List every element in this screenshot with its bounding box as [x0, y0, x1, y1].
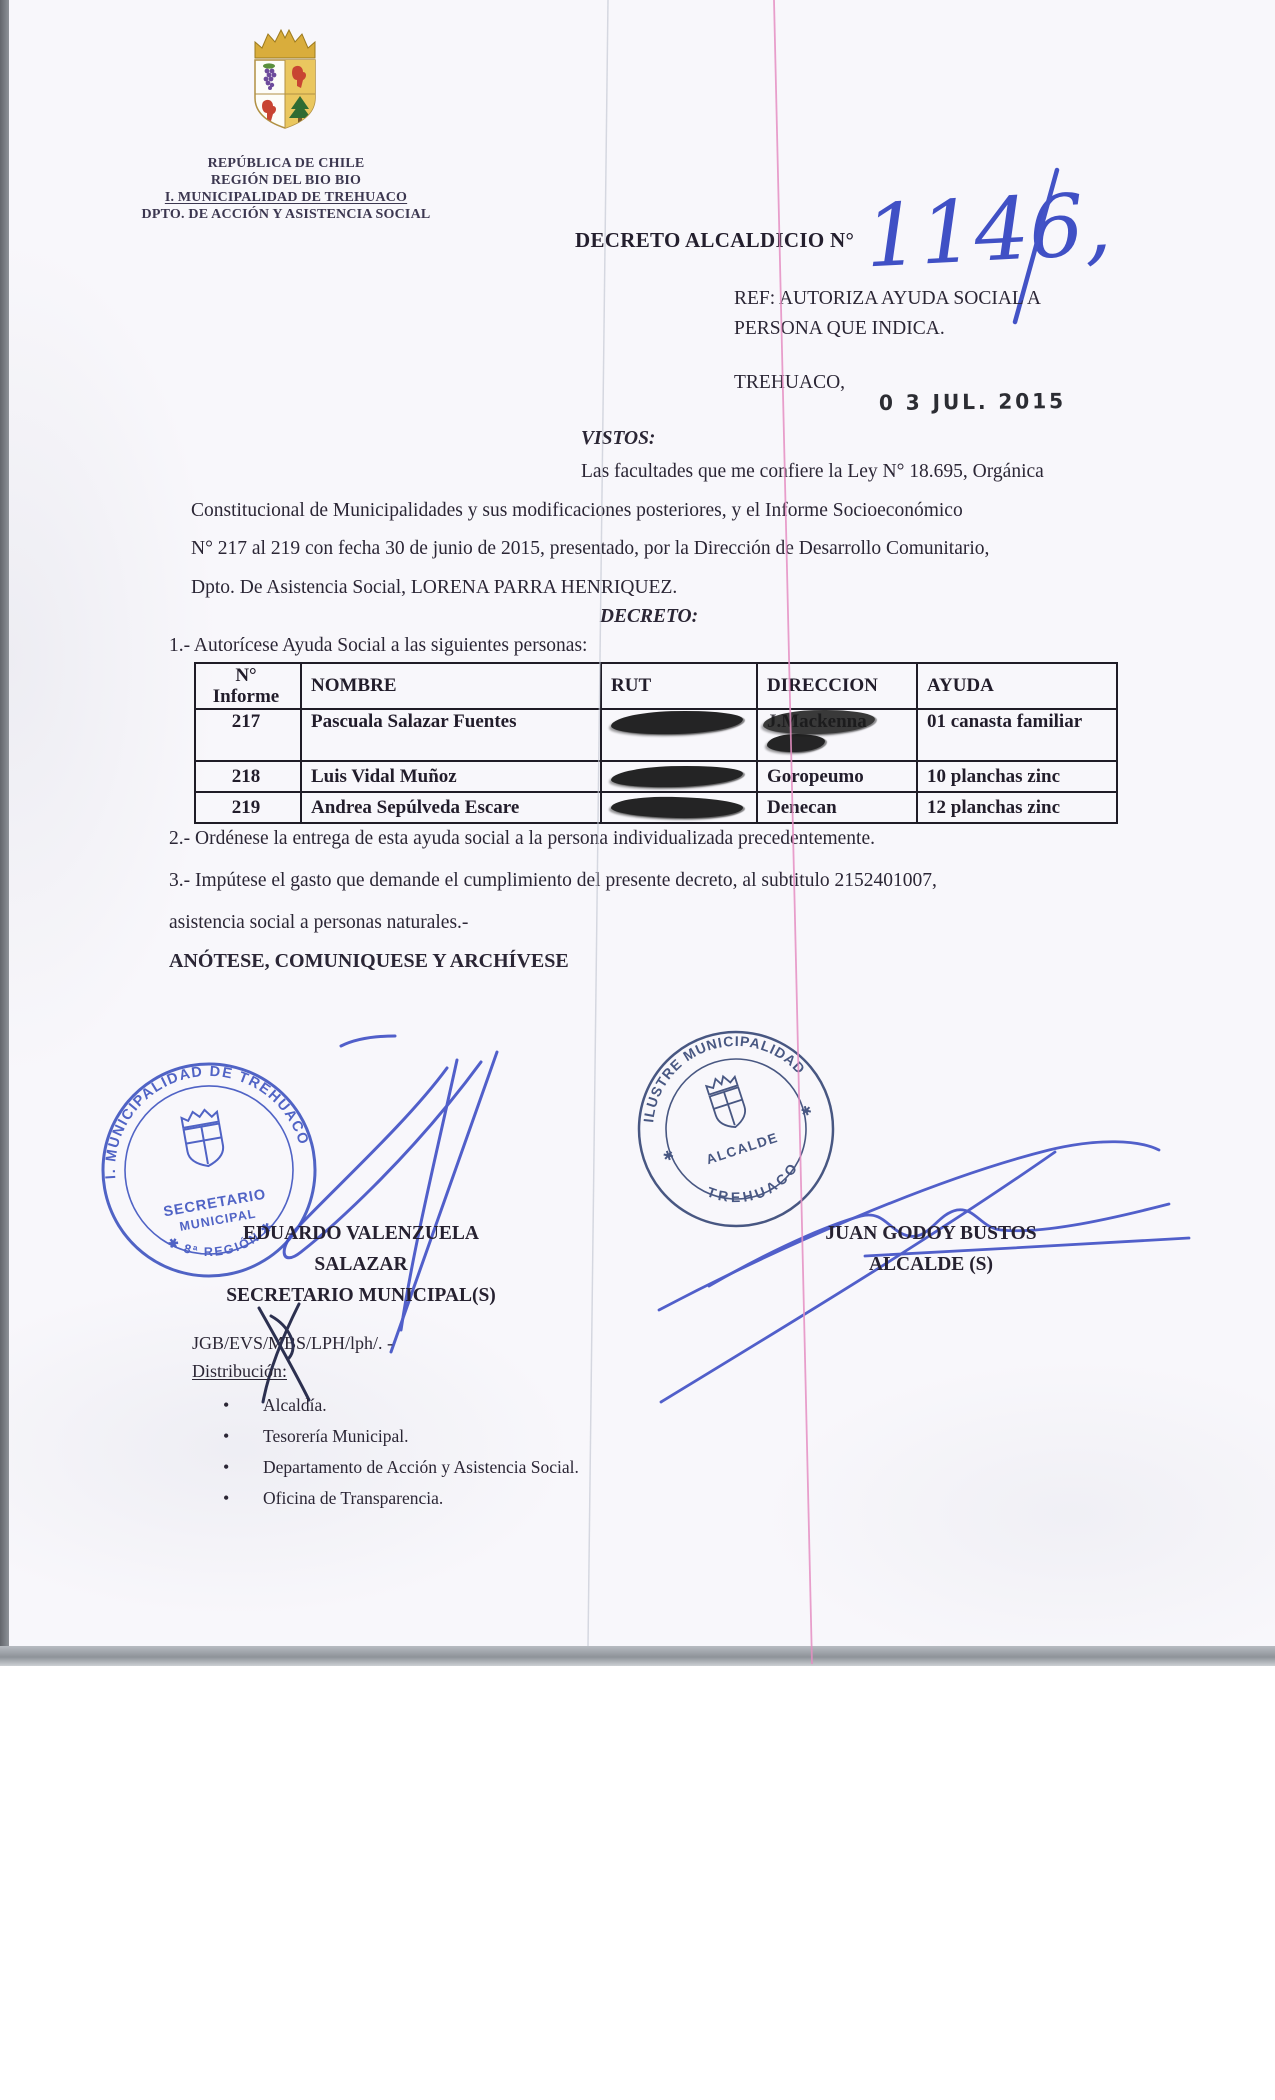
distribution-list: Alcaldía. Tesorería Municipal. Departame… [223, 1390, 579, 1514]
initials-line: JGB/EVS/MBS/LPH/lph/. - [192, 1333, 393, 1354]
redaction-mark [611, 764, 744, 789]
mayor-name: JUAN GODOY BUSTOS [781, 1218, 1081, 1249]
svg-text:✱: ✱ [661, 1147, 676, 1165]
closing-line: ANÓTESE, COMUNIQUESE Y ARCHÍVESE [169, 950, 569, 973]
place-line: TREHUACO, [734, 372, 845, 394]
letterhead-department: DPTO. DE ACCIÓN Y ASISTENCIA SOCIAL [116, 207, 456, 223]
secretary-title: SECRETARIO MUNICIPAL(S) [205, 1280, 517, 1311]
col-header-nombre: NOMBRE [301, 663, 601, 709]
decree-item-1: 1.- Autorícese Ayuda Social a las siguie… [169, 635, 587, 657]
stamp-shield-icon [705, 1073, 750, 1132]
table-row: 219 Andrea Sepúlveda Escare Denecan 12 p… [195, 792, 1117, 823]
col-header-ayuda: AYUDA [917, 663, 1117, 709]
distribution-item: Oficina de Transparencia. [223, 1483, 579, 1514]
redaction-mark [767, 733, 825, 753]
cell-rut [601, 792, 757, 823]
decree-item-2: 2.- Ordénese la entrega de esta ayuda so… [169, 828, 875, 850]
letterhead-region: REGIÓN DEL BIO BIO [116, 173, 456, 189]
cell-direccion: J.Mackenna [757, 709, 917, 761]
municipal-coat-of-arms [215, 24, 355, 138]
cell-informe: 217 [195, 709, 301, 761]
vistos-line-1: Las facultades que me confiere la Ley N°… [581, 461, 1044, 483]
cell-direccion: Goropeumo [757, 761, 917, 792]
vistos-line-2: Constitucional de Municipalidades y sus … [191, 500, 963, 522]
secretary-name: EDUARDO VALENZUELA SALAZAR [205, 1218, 517, 1280]
decree-item-3-line-1: 3.- Impútese el gasto que demande el cum… [169, 870, 937, 892]
col-header-informe: N° Informe [195, 663, 301, 709]
col-header-direccion: DIRECCION [757, 663, 917, 709]
vistos-line-4: Dpto. De Asistencia Social, LORENA PARRA… [191, 577, 677, 599]
cell-nombre: Luis Vidal Muñoz [301, 761, 601, 792]
distribution-item: Tesorería Municipal. [223, 1421, 579, 1452]
document-page: REPÚBLICA DE CHILE REGIÓN DEL BIO BIO I.… [9, 0, 1275, 1646]
cell-rut [601, 761, 757, 792]
redaction-mark [611, 709, 744, 736]
distribution-heading: Distribución: [192, 1361, 287, 1382]
decree-number-handwritten: 1146, [861, 176, 1041, 286]
ref-line-1: REF: AUTORIZA AYUDA SOCIAL A [734, 288, 1041, 310]
svg-text:TREHUACO: TREHUACO [701, 1155, 808, 1217]
svg-text:SECRETARIO: SECRETARIO [162, 1187, 267, 1221]
svg-text:1146,: 1146, [863, 175, 1114, 288]
scanner-edge [0, 0, 9, 1666]
redaction-mark [611, 795, 743, 819]
cell-ayuda: 01 canasta familiar [917, 709, 1117, 761]
vistos-heading: VISTOS: [581, 428, 655, 450]
cell-nombre: Andrea Sepúlveda Escare [301, 792, 601, 823]
cell-informe: 219 [195, 792, 301, 823]
svg-text:ILUSTRE MUNICIPALIDAD: ILUSTRE MUNICIPALIDAD [633, 1026, 811, 1128]
crown-icon [255, 30, 315, 58]
vistos-line-3: N° 217 al 219 con fecha 30 de junio de 2… [191, 538, 989, 560]
distribution-item: Departamento de Acción y Asistencia Soci… [223, 1452, 579, 1483]
ayuda-social-table: N° Informe NOMBRE RUT DIRECCION AYUDA 21… [194, 662, 1118, 824]
decree-item-3-line-2: asistencia social a personas naturales.- [169, 912, 468, 934]
svg-text:I. MUNICIPALIDAD DE TREHUACO: I. MUNICIPALIDAD DE TREHUACO [95, 1056, 312, 1181]
decree-title: DECRETO ALCALDICIO N° [575, 228, 854, 253]
secretary-name-block: EDUARDO VALENZUELA SALAZAR SECRETARIO MU… [205, 1218, 517, 1311]
mayor-title: ALCALDE (S) [781, 1249, 1081, 1280]
cell-ayuda: 10 planchas zinc [917, 761, 1117, 792]
col-header-rut: RUT [601, 663, 757, 709]
cell-informe: 218 [195, 761, 301, 792]
decreto-heading: DECRETO: [499, 606, 799, 628]
paper-bottom-shadow [0, 1646, 1275, 1666]
ref-line-2: PERSONA QUE INDICA. [734, 318, 945, 340]
col-header-informe-line: Informe [198, 686, 294, 707]
cell-direccion: Denecan [757, 792, 917, 823]
cell-ayuda: 12 planchas zinc [917, 792, 1117, 823]
letterhead-municipality: I. MUNICIPALIDAD DE TREHUACO [116, 190, 456, 206]
table-header-row: N° Informe NOMBRE RUT DIRECCION AYUDA [195, 663, 1117, 709]
table-row: 218 Luis Vidal Muñoz Goropeumo 10 planch… [195, 761, 1117, 792]
distribution-item: Alcaldía. [223, 1390, 579, 1421]
date-stamp: 0 3 JUL. 2015 [879, 389, 1066, 415]
svg-text:✱: ✱ [799, 1102, 814, 1120]
letterhead-country: REPÚBLICA DE CHILE [116, 156, 456, 172]
svg-text:ALCALDE: ALCALDE [704, 1130, 780, 1167]
table-row: 217 Pascuala Salazar Fuentes J.Mackenna … [195, 709, 1117, 761]
col-header-no-line: N° [198, 665, 294, 686]
cell-nombre: Pascuala Salazar Fuentes [301, 709, 601, 761]
mayor-stamp: ILUSTRE MUNICIPALIDAD TREHUACO ALCALDE ✱… [633, 1026, 839, 1232]
scanned-document: REPÚBLICA DE CHILE REGIÓN DEL BIO BIO I.… [0, 0, 1275, 2100]
cell-rut [601, 709, 757, 761]
mayor-name-block: JUAN GODOY BUSTOS ALCALDE (S) [781, 1218, 1081, 1280]
stamp-shield-icon [181, 1108, 226, 1169]
